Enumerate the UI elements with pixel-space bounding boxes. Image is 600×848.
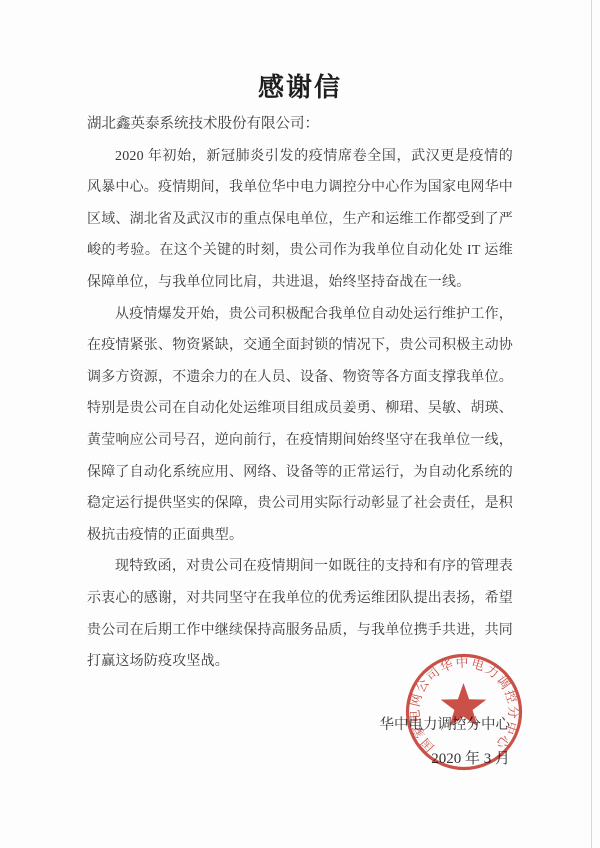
star-icon: [441, 683, 487, 726]
letter-content: 感谢信 湖北鑫英泰系统技术股份有限公司： 2020 年初始，新冠肺炎引发的疫情席…: [87, 0, 513, 678]
official-seal: 国家电网公司华中电力调控分中心: [403, 651, 525, 773]
letter-title: 感谢信: [87, 72, 513, 104]
paragraph-2: 从疫情爆发开始，贵公司积极配合我单位自动处运行维护工作，在疫情紧张、物资紧缺，交…: [87, 299, 513, 552]
scan-edge-artifact: [591, 0, 592, 848]
paragraph-1: 2020 年初始，新冠肺炎引发的疫情席卷全国，武汉更是疫情的风暴中心。疫情期间，…: [87, 141, 513, 299]
salutation: 湖北鑫英泰系统技术股份有限公司：: [87, 109, 513, 141]
letter-page: 感谢信 湖北鑫英泰系统技术股份有限公司： 2020 年初始，新冠肺炎引发的疫情席…: [0, 0, 600, 848]
